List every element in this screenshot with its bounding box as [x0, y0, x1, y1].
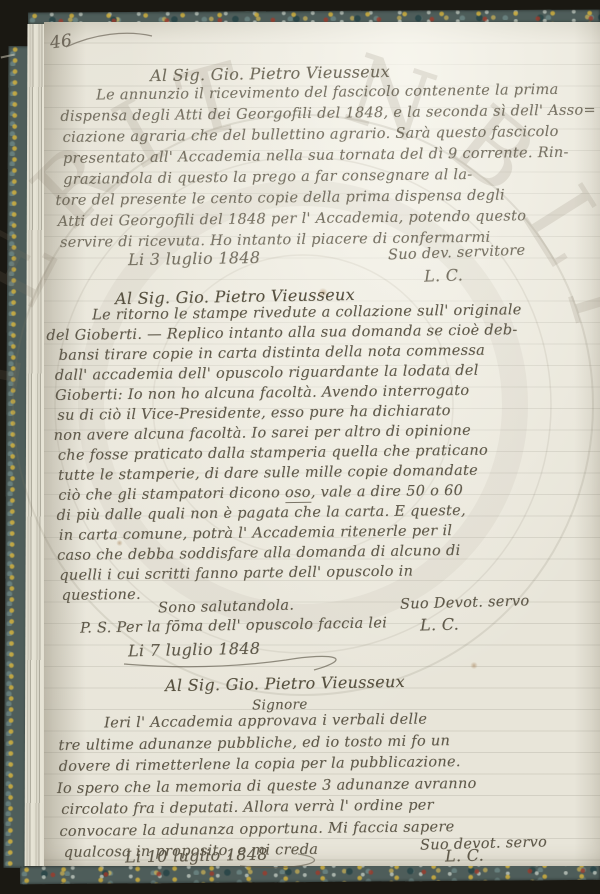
letter-3-date: Li 10 luglio 1848	[125, 845, 268, 867]
letter-2-date: Li 7 luglio 1848	[128, 639, 261, 661]
line-post: , vale a dire 50 o 60	[311, 483, 464, 501]
letter-3-initials: L. C.	[445, 845, 485, 865]
letter-2-signature: Suo Devot. servo	[400, 593, 530, 612]
letter-2-body: Le ritorno le stampe rivedute a collazio…	[46, 300, 525, 606]
letter-1-body: Le annunzio il ricevimento del fascicolo…	[54, 79, 598, 254]
foxing-spot	[470, 662, 478, 669]
letter-3-body: Ieri l' Accademia approvava i verbali de…	[56, 709, 477, 865]
letter-1-initials: L. C.	[424, 265, 464, 285]
letter-2-ps-initials: L. C.	[420, 614, 460, 634]
page-number: 46	[49, 31, 74, 54]
line-pre: ciò che gli stampatori dicono	[58, 485, 285, 504]
letter-1-date: Li 3 luglio 1848	[128, 248, 261, 269]
manuscript-scan: PERIT NBLI 46 Al Sig. Gio. Pietro Vieuss…	[0, 0, 600, 894]
letter-2-closing: Sono salutandola.	[158, 598, 295, 617]
underlined-word: oso	[285, 485, 311, 503]
